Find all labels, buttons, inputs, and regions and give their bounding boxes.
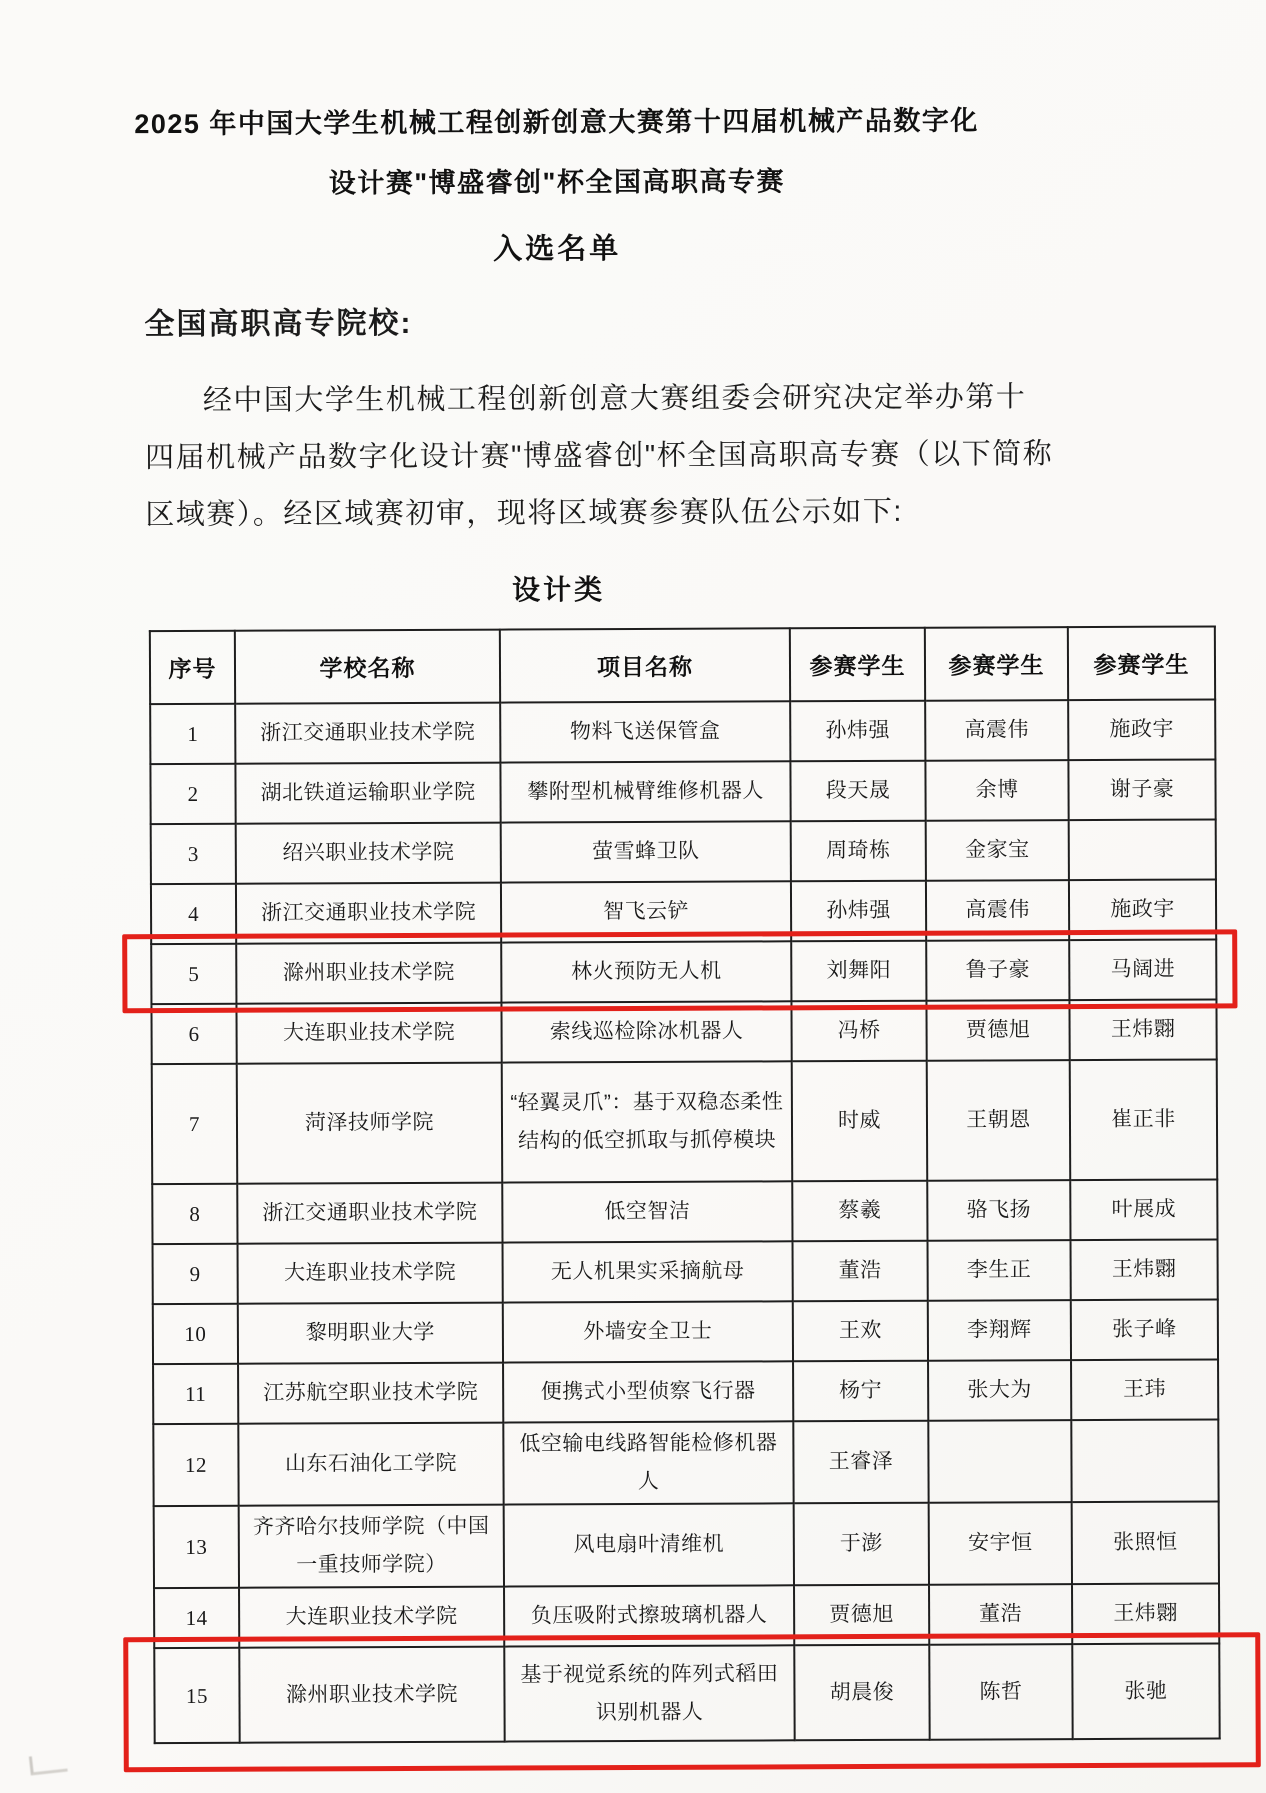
student-cell: 孙炜强 [791,881,926,942]
school-cell: 菏泽技师学院 [237,1063,503,1184]
student-cell: 张照恒 [1072,1501,1219,1584]
student-cell: 贾德旭 [794,1585,929,1646]
student-cell: 胡晨俊 [794,1645,929,1741]
student-cell: 王欢 [793,1301,928,1362]
student-cell: 王炜翾 [1072,1583,1219,1644]
school-cell: 浙江交通职业技术学院 [236,883,501,944]
student-cell: 张子峰 [1071,1299,1218,1360]
school-cell: 山东石油化工学院 [238,1423,503,1506]
project-cell: 林火预防无人机 [501,941,791,1002]
project-cell: 低空输电线路智能检修机器人 [503,1421,793,1504]
student-cell [1071,1419,1218,1502]
student-cell: 王玮 [1071,1359,1218,1420]
table-row: 8浙江交通职业技术学院低空智洁蔡羲骆飞扬叶展成 [152,1179,1217,1244]
student-cell: 王睿泽 [793,1421,928,1504]
school-cell: 大连职业技术学院 [236,1003,501,1064]
project-cell: 外墙安全卫士 [503,1301,793,1362]
student-cell: 张驰 [1072,1643,1219,1739]
school-cell: 滁州职业技术学院 [239,1647,504,1743]
student-cell: 王炜翾 [1069,999,1216,1060]
table-row: 14大连职业技术学院负压吸附式擦玻璃机器人贾德旭董浩王炜翾 [154,1583,1219,1648]
header-student-1: 参赛学生 [790,628,925,702]
table-header-row: 序号 学校名称 项目名称 参赛学生 参赛学生 参赛学生 [150,626,1215,704]
design-table-body: 1浙江交通职业技术学院物料飞送保管盒孙炜强高震伟施政宇2湖北铁道运输职业学院攀附… [150,699,1220,1743]
student-cell [928,1420,1071,1503]
row-number-cell: 8 [152,1184,237,1244]
document-title-line-2: 设计赛"博盛睿创"杯全国高职高专赛 [0,150,1117,215]
student-cell: 时威 [792,1061,928,1182]
student-cell: 安宇恒 [929,1502,1072,1585]
row-number-cell: 2 [150,764,235,824]
header-serial-number: 序号 [150,631,235,704]
row-number-cell: 7 [152,1064,238,1184]
student-cell: 王炜翾 [1071,1239,1218,1300]
design-category-table: 序号 学校名称 项目名称 参赛学生 参赛学生 参赛学生 1浙江交通职业技术学院物… [149,625,1221,1744]
student-cell: 谢子豪 [1068,759,1215,820]
student-cell [1069,819,1216,880]
student-cell: 李生正 [928,1240,1071,1301]
table-row: 3绍兴职业技术学院萤雪蜂卫队周琦栋金家宝 [151,819,1216,884]
student-cell: 施政宇 [1068,699,1215,760]
table-row: 10黎明职业大学外墙安全卫士王欢李翔辉张子峰 [153,1299,1218,1364]
student-cell: 陈哲 [929,1644,1072,1740]
school-cell: 黎明职业大学 [238,1303,503,1364]
school-cell: 浙江交通职业技术学院 [235,703,500,764]
project-cell: 萤雪蜂卫队 [501,821,791,882]
row-number-cell: 5 [151,944,236,1004]
table-row: 15滁州职业技术学院基于视觉系统的阵列式稻田识别机器人胡晨俊陈哲张驰 [154,1643,1219,1743]
row-number-cell: 1 [150,704,235,764]
table-row: 1浙江交通职业技术学院物料飞送保管盒孙炜强高震伟施政宇 [150,699,1215,764]
student-cell: 李翔辉 [928,1300,1071,1361]
paragraph-line: 区域赛）。经区域赛初审，现将区域赛参赛队伍公示如下: [145,483,1120,544]
project-cell: 便携式小型侦察飞行器 [503,1361,793,1422]
student-cell: 高震伟 [925,700,1068,761]
table-row: 12山东石油化工学院低空输电线路智能检修机器人王睿泽 [153,1419,1218,1506]
student-cell: 段天晟 [790,761,925,822]
row-number-cell: 12 [153,1424,238,1506]
student-cell: 王朝恩 [927,1060,1071,1181]
document-subtitle: 入选名单 [0,224,1117,270]
school-cell: 绍兴职业技术学院 [236,823,501,884]
section-title: 设计类 [0,566,1119,611]
project-cell: 负压吸附式擦玻璃机器人 [504,1585,794,1646]
row-number-cell: 11 [153,1364,238,1424]
project-cell: 攀附型机械臂维修机器人 [500,761,790,822]
table-row: 5滁州职业技术学院林火预防无人机刘舞阳鲁子豪马阔进 [151,939,1216,1004]
student-cell: 蔡羲 [792,1181,927,1242]
row-number-cell: 6 [151,1004,236,1064]
student-cell: 董浩 [929,1584,1072,1645]
project-cell: 低空智洁 [502,1181,792,1242]
school-cell: 大连职业技术学院 [239,1587,504,1648]
student-cell: 周琦栋 [791,821,926,882]
project-cell: 基于视觉系统的阵列式稻田识别机器人 [504,1645,794,1741]
table-row: 11江苏航空职业技术学院便携式小型侦察飞行器杨宁张大为王玮 [153,1359,1218,1424]
student-cell: 董浩 [793,1241,928,1302]
table-row: 9大连职业技术学院无人机果实采摘航母董浩李生正王炜翾 [153,1239,1218,1304]
table-wrap: 序号 学校名称 项目名称 参赛学生 参赛学生 参赛学生 1浙江交通职业技术学院物… [149,625,1219,1744]
row-number-cell: 15 [154,1648,239,1743]
school-cell: 湖北铁道运输职业学院 [235,763,500,824]
scanned-document-page: 2025 年中国大学生机械工程创新创意大赛第十四届机械产品数字化 设计赛"博盛睿… [0,0,1266,1793]
student-cell: 马阔进 [1069,939,1216,1000]
student-cell: 刘舞阳 [791,941,926,1002]
row-number-cell: 13 [154,1506,239,1588]
project-cell: 物料飞送保管盒 [500,701,790,762]
header-school-name: 学校名称 [235,630,500,704]
student-cell: 鲁子豪 [926,940,1069,1001]
table-row: 2湖北铁道运输职业学院攀附型机械臂维修机器人段天晟余博谢子豪 [150,759,1215,824]
student-cell: 叶展成 [1070,1179,1217,1240]
row-number-cell: 14 [154,1588,239,1648]
student-cell: 杨宁 [793,1361,928,1422]
body-paragraph: 经中国大学生机械工程创新创意大赛组委会研究决定举办第十 四届机械产品数字化设计赛… [145,369,1121,544]
row-number-cell: 10 [153,1304,238,1364]
table-row: 4浙江交通职业技术学院智飞云铲孙炜强高震伟施政宇 [151,879,1216,944]
project-cell: 索线巡检除冰机器人 [501,1001,791,1062]
row-number-cell: 9 [153,1244,238,1304]
scan-artifact [29,1753,68,1776]
row-number-cell: 3 [151,824,236,884]
student-cell: 施政宇 [1069,879,1216,940]
student-cell: 高震伟 [926,880,1069,941]
school-cell: 滁州职业技术学院 [236,943,501,1004]
student-cell: 冯桥 [791,1001,926,1062]
school-cell: 大连职业技术学院 [238,1243,503,1304]
document-title-line-1: 2025 年中国大学生机械工程创新创意大赛第十四届机械产品数字化 [0,90,1117,155]
project-cell: “轻翼灵爪”：基于双稳态柔性结构的低空抓取与抓停模块 [502,1061,793,1182]
table-row: 7菏泽技师学院“轻翼灵爪”：基于双稳态柔性结构的低空抓取与抓停模块时威王朝恩崔正… [152,1059,1218,1184]
paragraph-line: 经中国大学生机械工程创新创意大赛组委会研究决定举办第十 [145,369,1120,430]
paragraph-line: 四届机械产品数字化设计赛"博盛睿创"杯全国高职高专赛（以下简称 [145,426,1120,487]
project-cell: 无人机果实采摘航母 [503,1241,793,1302]
document-content: 2025 年中国大学生机械工程创新创意大赛第十四届机械产品数字化 设计赛"博盛睿… [0,0,1266,1793]
student-cell: 张大为 [928,1360,1071,1421]
header-student-3: 参赛学生 [1068,626,1215,700]
header-student-2: 参赛学生 [925,627,1068,701]
school-cell: 浙江交通职业技术学院 [237,1183,502,1244]
student-cell: 贾德旭 [926,1000,1069,1061]
header-project-name: 项目名称 [500,628,790,702]
project-cell: 风电扇叶清维机 [504,1503,794,1586]
table-row: 13齐齐哈尔技师学院（中国一重技师学院）风电扇叶清维机于澎安宇恒张照恒 [154,1501,1219,1588]
student-cell: 于澎 [794,1503,929,1586]
row-number-cell: 4 [151,884,236,944]
document-header: 2025 年中国大学生机械工程创新创意大赛第十四届机械产品数字化 设计赛"博盛睿… [0,0,1117,270]
student-cell: 骆飞扬 [927,1180,1070,1241]
salutation: 全国高职高专院校: [144,294,1263,343]
student-cell: 孙炜强 [790,701,925,762]
school-cell: 江苏航空职业技术学院 [238,1363,503,1424]
project-cell: 智飞云铲 [501,881,791,942]
student-cell: 崔正非 [1070,1059,1218,1180]
table-row: 6大连职业技术学院索线巡检除冰机器人冯桥贾德旭王炜翾 [151,999,1216,1064]
student-cell: 余博 [925,760,1068,821]
student-cell: 金家宝 [926,820,1069,881]
school-cell: 齐齐哈尔技师学院（中国一重技师学院） [239,1505,504,1588]
